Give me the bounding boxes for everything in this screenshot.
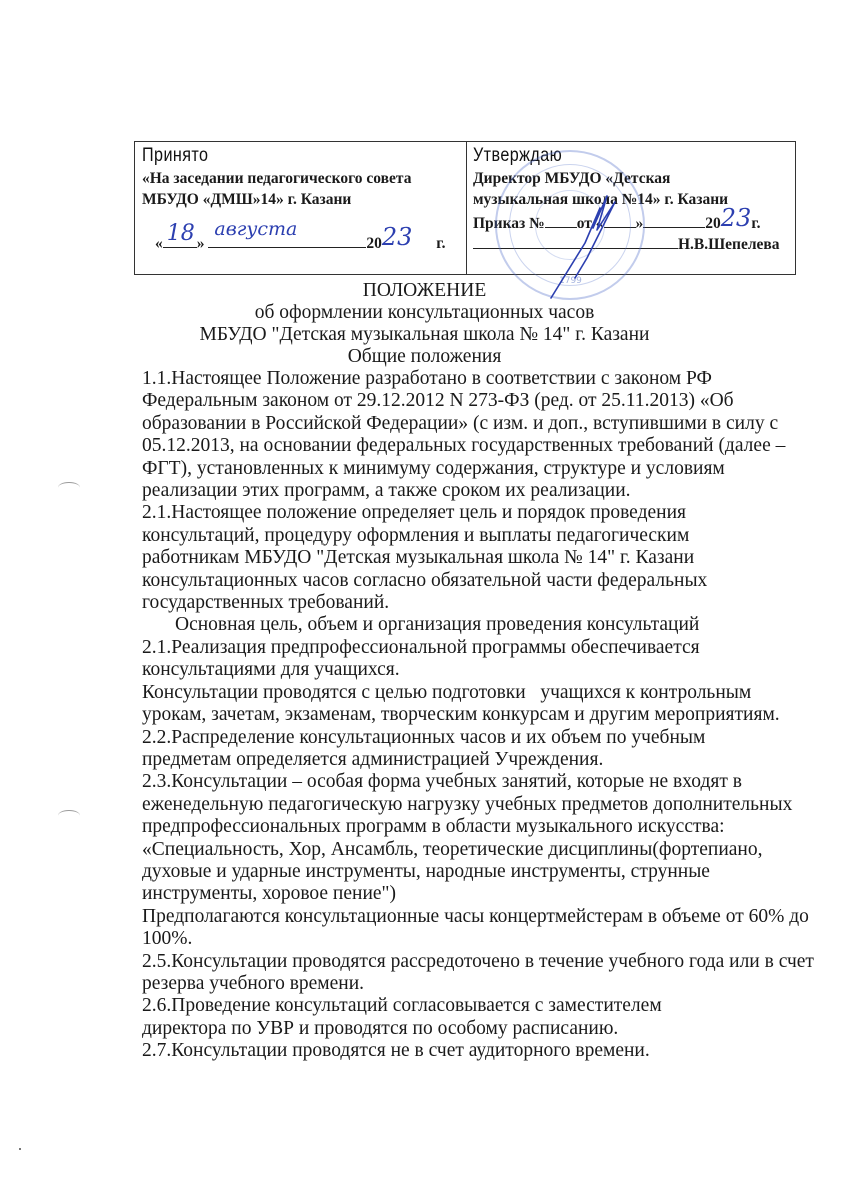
year-suffix-g: г. (436, 235, 445, 252)
handwritten-order-year: 23 (721, 204, 752, 232)
body-line: духовые и ударные инструменты, народные … (142, 861, 822, 883)
accepted-cell: Принято «На заседании педагогического со… (135, 142, 467, 274)
council-line-1: «На заседании педагогического совета (142, 168, 466, 189)
order-close-quote: » (636, 215, 644, 232)
year-prefix: 20 (366, 235, 382, 252)
body-line: 2.2.Распределение консультационных часов… (142, 727, 822, 749)
body-line: 2.3.Консультации – особая форма учебных … (142, 771, 822, 793)
document-body: 1.1.Настоящее Положение разработано в со… (142, 368, 822, 1063)
body-line: консультаций, процедуру оформления и вып… (142, 525, 822, 547)
document-subtitle: об оформлении консультационных часов (0, 302, 849, 324)
body-line: урокам, зачетам, экзаменам, творческим к… (142, 704, 822, 726)
day-field: 18 (163, 233, 197, 248)
signature-field (473, 234, 678, 249)
body-line: еженедельную педагогическую нагрузку уче… (142, 794, 822, 816)
body-line: Федеральным законом от 29.12.2012 N 273-… (142, 390, 822, 412)
order-day-field (604, 213, 636, 228)
body-line: образовании в Российской Федерации» (с и… (142, 413, 822, 435)
body-line: 1.1.Настоящее Положение разработано в со… (142, 368, 822, 390)
order-g: г. (751, 215, 760, 232)
body-line: 05.12.2013, на основании федеральных гос… (142, 435, 822, 457)
punch-hole-mark (58, 810, 80, 821)
body-line: 2.1.Реализация предпрофессиональной прог… (142, 637, 822, 659)
body-line: директора по УВР и проводятся по особому… (142, 1018, 822, 1040)
body-line: Консультации проводятся с целью подготов… (142, 682, 822, 704)
section-heading-general: Общие положения (0, 346, 849, 368)
director-line-1: Директор МБУДО «Детская (473, 168, 795, 189)
council-date: «18» августа2023 г. (155, 230, 445, 254)
body-line: ФГТ), установленных к минимуму содержани… (142, 458, 822, 480)
body-line: предпрофессиональных программ в области … (142, 816, 822, 838)
body-line: 2.6.Проведение консультаций согласовывае… (142, 995, 822, 1017)
handwritten-year: 23 (382, 223, 413, 251)
body-line: консультациями для учащихся. (142, 659, 822, 681)
handwritten-month: августа (214, 219, 297, 240)
signature-line: Н.В.Шепелева (473, 234, 795, 255)
order-label: Приказ № (473, 215, 545, 232)
scan-speck (19, 1148, 21, 1150)
order-year-prefix: 20 (705, 215, 721, 232)
punch-hole-mark (58, 482, 80, 493)
body-line: Предполагаются консультационные часы кон… (142, 906, 822, 928)
order-line: Приказ №от «»2023г. (473, 210, 795, 234)
body-line: государственных требований. (142, 592, 822, 614)
body-line: резерва учебного времени. (142, 973, 822, 995)
body-line: консультационных часов согласно обязател… (142, 570, 822, 592)
organization-name: МБУДО "Детская музыкальная школа № 14" г… (0, 324, 849, 346)
body-line: 100%. (142, 928, 822, 950)
body-line: «Специальность, Хор, Ансамбль, теоретиче… (142, 839, 822, 861)
body-line: работникам МБУДО "Детская музыкальная шк… (142, 547, 822, 569)
body-line: предметам определяется администрацией Уч… (142, 749, 822, 771)
council-line-2: МБУДО «ДМШ»14» г. Казани (142, 189, 466, 210)
close-quote: » (197, 235, 205, 252)
order-number-field (545, 213, 577, 228)
signatory-name: Н.В.Шепелева (678, 236, 780, 253)
order-month-field (643, 213, 705, 228)
handwritten-day: 18 (167, 223, 195, 244)
section-heading-consultations: Основная цель, объем и организация прове… (142, 614, 822, 636)
approval-table: Принято «На заседании педагогического со… (134, 141, 796, 275)
approved-cell: Утверждаю Директор МБУДО «Детская музыка… (467, 142, 795, 274)
body-line: 2.1.Настоящее положение определяет цель … (142, 502, 822, 524)
approved-heading: Утверждаю (473, 146, 747, 168)
document-title: ПОЛОЖЕНИЕ (0, 280, 849, 302)
body-line: 2.5.Консультации проводятся рассредоточе… (142, 951, 822, 973)
body-line: реализации этих программ, а также сроком… (142, 480, 822, 502)
body-line: инструменты, хоровое пение") (142, 883, 822, 905)
accepted-heading: Принято (142, 146, 417, 168)
order-from: от « (577, 215, 604, 232)
month-field: августа (208, 233, 366, 248)
body-line: 2.7.Консультации проводятся не в счет ау… (142, 1040, 822, 1062)
open-quote: « (155, 235, 163, 252)
